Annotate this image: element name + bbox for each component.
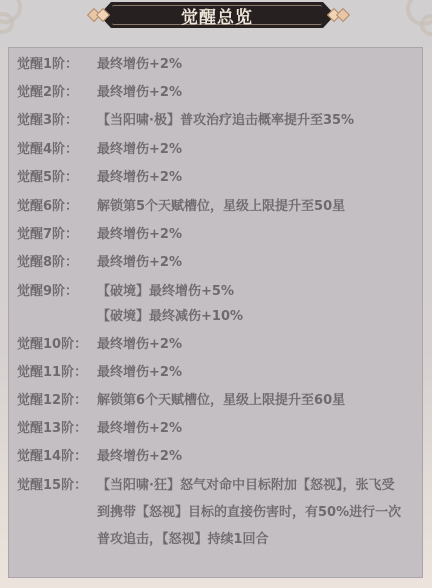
- list-item: 觉醒15阶： 【当阳啸·狂】怒气对命中目标附加【怒视】，张飞受到携带【怒视】目标…: [17, 472, 407, 553]
- list-item: 觉醒1阶： 最终增伤+2%: [17, 51, 182, 79]
- row-value: 解锁第5个天赋槽位，星级上限提升至50星: [97, 193, 345, 221]
- list-item: 觉醒4阶： 最终增伤+2%: [17, 136, 182, 164]
- row-label: 觉醒12阶：: [17, 387, 97, 415]
- list-item-continuation: 【破境】最终减伤+10%: [17, 303, 243, 331]
- row-value: 最终增伤+2%: [97, 415, 182, 443]
- row-label: 觉醒13阶：: [17, 415, 97, 443]
- row-label: 觉醒6阶：: [17, 193, 97, 221]
- row-label: 觉醒10阶：: [17, 331, 97, 359]
- row-value: 最终增伤+2%: [97, 359, 182, 387]
- title-banner: 觉醒总览: [99, 2, 335, 28]
- list-item: 觉醒6阶： 解锁第5个天赋槽位，星级上限提升至50星: [17, 193, 345, 221]
- row-label: 觉醒5阶：: [17, 164, 97, 192]
- row-label: 觉醒4阶：: [17, 136, 97, 164]
- cloud-ornament-icon: [420, 14, 432, 36]
- page-title: 觉醒总览: [181, 3, 253, 28]
- list-item: 觉醒8阶： 最终增伤+2%: [17, 249, 182, 277]
- row-label: 觉醒3阶：: [17, 107, 97, 135]
- row-value: 最终增伤+2%: [97, 331, 182, 359]
- row-label: 觉醒11阶：: [17, 359, 97, 387]
- row-label: 觉醒9阶：: [17, 278, 97, 306]
- row-value: 【破境】最终增伤+5%: [97, 278, 234, 306]
- list-item: 觉醒3阶： 【当阳啸·极】普攻治疗追击概率提升至35%: [17, 107, 354, 135]
- list-item: 觉醒5阶： 最终增伤+2%: [17, 164, 182, 192]
- row-value: 最终增伤+2%: [97, 136, 182, 164]
- row-value: 最终增伤+2%: [97, 51, 182, 79]
- row-value: 最终增伤+2%: [97, 79, 182, 107]
- row-label: 觉醒15阶：: [17, 472, 97, 553]
- row-label: 觉醒1阶：: [17, 51, 97, 79]
- row-label: 觉醒8阶：: [17, 249, 97, 277]
- list-item: 觉醒7阶： 最终增伤+2%: [17, 221, 182, 249]
- row-value: 最终增伤+2%: [97, 443, 182, 471]
- diamond-ornament-icon: [336, 8, 350, 22]
- list-item: 觉醒2阶： 最终增伤+2%: [17, 79, 182, 107]
- row-label: 觉醒2阶：: [17, 79, 97, 107]
- list-item: 觉醒12阶： 解锁第6个天赋槽位，星级上限提升至60星: [17, 387, 345, 415]
- row-value: 解锁第6个天赋槽位，星级上限提升至60星: [97, 387, 345, 415]
- row-label: 觉醒14阶：: [17, 443, 97, 471]
- list-item: 觉醒14阶： 最终增伤+2%: [17, 443, 182, 471]
- row-value: 【当阳啸·狂】怒气对命中目标附加【怒视】，张飞受到携带【怒视】目标的直接伤害时，…: [97, 472, 407, 553]
- row-value: 【当阳啸·极】普攻治疗追击概率提升至35%: [97, 107, 354, 135]
- row-value: 【破境】最终减伤+10%: [97, 303, 243, 331]
- row-label: 觉醒7阶：: [17, 221, 97, 249]
- list-item: 觉醒11阶： 最终增伤+2%: [17, 359, 182, 387]
- list-item: 觉醒13阶： 最终增伤+2%: [17, 415, 182, 443]
- list-item: 觉醒9阶： 【破境】最终增伤+5%: [17, 278, 234, 306]
- awakening-list-panel[interactable]: 觉醒1阶： 最终增伤+2% 觉醒2阶： 最终增伤+2% 觉醒3阶： 【当阳啸·极…: [8, 47, 423, 578]
- list-item: 觉醒10阶： 最终增伤+2%: [17, 331, 182, 359]
- row-value: 最终增伤+2%: [97, 221, 182, 249]
- row-value: 最终增伤+2%: [97, 164, 182, 192]
- row-value: 最终增伤+2%: [97, 249, 182, 277]
